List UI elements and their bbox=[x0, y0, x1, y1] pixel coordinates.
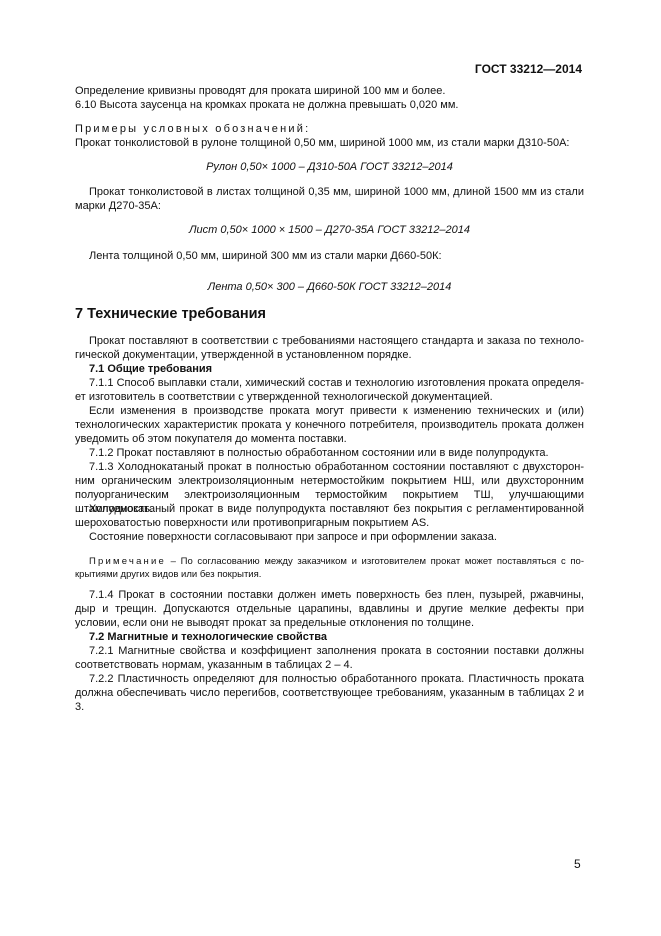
example-2-designation: Лист 0,50× 1000 × 1500 – Д270-35А ГОСТ 3… bbox=[75, 223, 584, 237]
example-1-text: Прокат тонколистовой в рулоне толщиной 0… bbox=[75, 136, 584, 150]
example-1-designation: Рулон 0,50× 1000 – Д310-50А ГОСТ 33212–2… bbox=[75, 160, 584, 174]
document-page: ГОСТ 33212—2014 Определение кривизны про… bbox=[0, 0, 661, 936]
clause-7-2-1: 7.2.1 Магнитные свойства и коэффициент з… bbox=[75, 644, 584, 672]
clause-7-1-1-notice: Если изменения в производстве проката мо… bbox=[75, 404, 584, 446]
clause-7-1-3-semiproduct: Холоднокатаный прокат в виде полупродукт… bbox=[75, 502, 584, 530]
section-7-title: 7 Технические требования bbox=[75, 307, 584, 321]
clause-7-1-2: 7.1.2 Прокат поставляют в полностью обра… bbox=[75, 446, 584, 460]
clause-7-1-3-surface: Состояние поверхности согласовывают при … bbox=[75, 530, 584, 544]
clause-7-1-1: 7.1.1 Способ выплавки стали, химический … bbox=[75, 376, 584, 404]
subsection-7-1-title: 7.1 Общие требования bbox=[75, 362, 584, 376]
burr-height-clause: 6.10 Высота заусенца на кромках проката … bbox=[75, 98, 584, 112]
document-code-header: ГОСТ 33212—2014 bbox=[475, 62, 582, 76]
curvature-line: Определение кривизны проводят для прокат… bbox=[75, 84, 584, 98]
note-label: Примечание bbox=[89, 556, 166, 567]
example-3-designation: Лента 0,50× 300 – Д660-50К ГОСТ 33212–20… bbox=[75, 280, 584, 294]
example-2-text: Прокат тонколистовой в листах толщиной 0… bbox=[75, 185, 584, 213]
subsection-7-2-title: 7.2 Магнитные и технологические свойства bbox=[75, 630, 584, 644]
clause-7-1-4: 7.1.4 Прокат в состоянии поставки должен… bbox=[75, 588, 584, 630]
clause-7-2-2: 7.2.2 Пластичность определяют для полнос… bbox=[75, 672, 584, 714]
examples-heading: Примеры условных обозначений: bbox=[75, 122, 584, 136]
note: Примечание – По согласованию между заказ… bbox=[75, 555, 584, 581]
page-number: 5 bbox=[574, 857, 581, 871]
example-3-text: Лента толщиной 0,50 мм, шириной 300 мм и… bbox=[75, 249, 584, 263]
section-7-intro: Прокат поставляют в соответствии с требо… bbox=[75, 334, 584, 362]
